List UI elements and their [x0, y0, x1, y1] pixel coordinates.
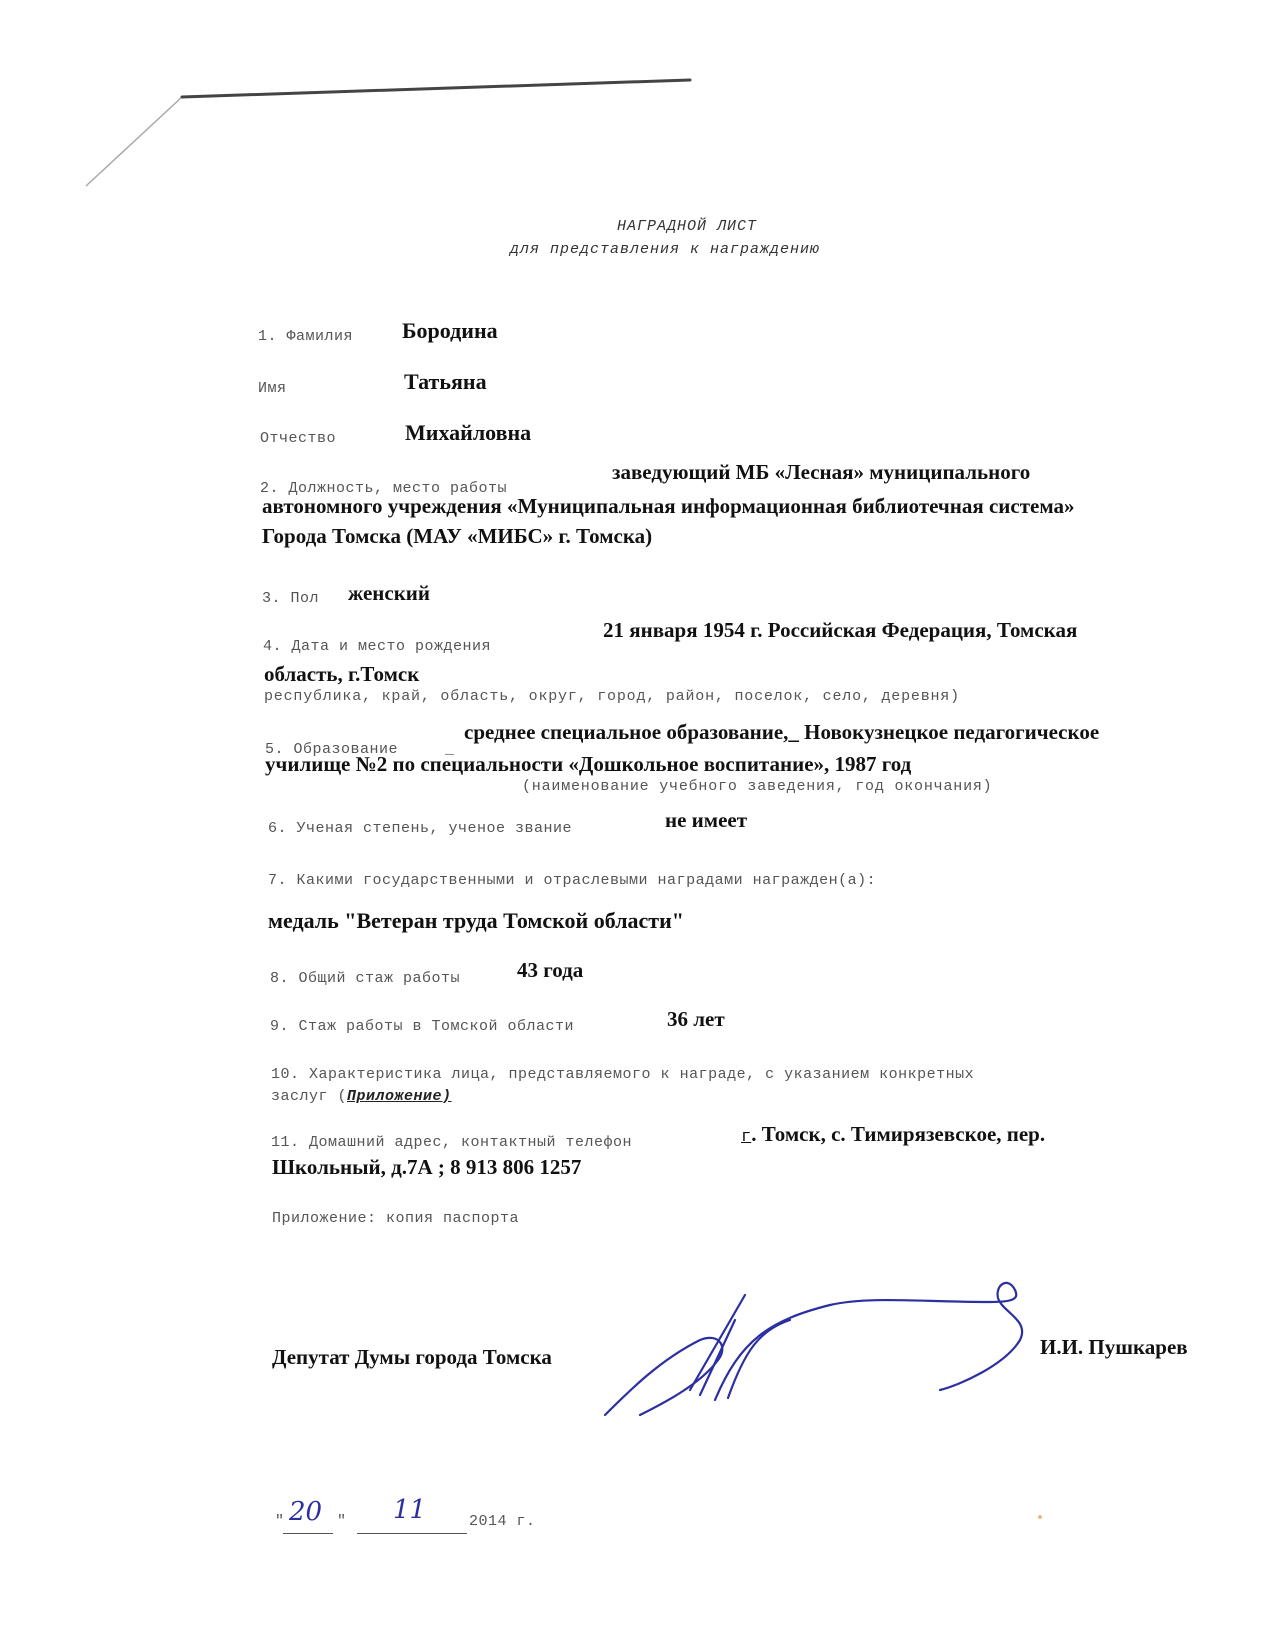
award-sheet-page: НАГРАДНОЙ ЛИСТ для представления к награ…	[0, 0, 1275, 1650]
date-month: 11	[393, 1495, 426, 1525]
month-underline	[357, 1533, 467, 1534]
scan-speck	[1038, 1515, 1042, 1519]
date-year: 2014 г.	[469, 1513, 536, 1530]
date-close-quote: "	[337, 1513, 347, 1530]
date-day: 20	[289, 1497, 322, 1527]
day-underline	[283, 1533, 333, 1534]
date-open-quote: "	[275, 1513, 285, 1530]
handwritten-signature	[0, 0, 1275, 1650]
